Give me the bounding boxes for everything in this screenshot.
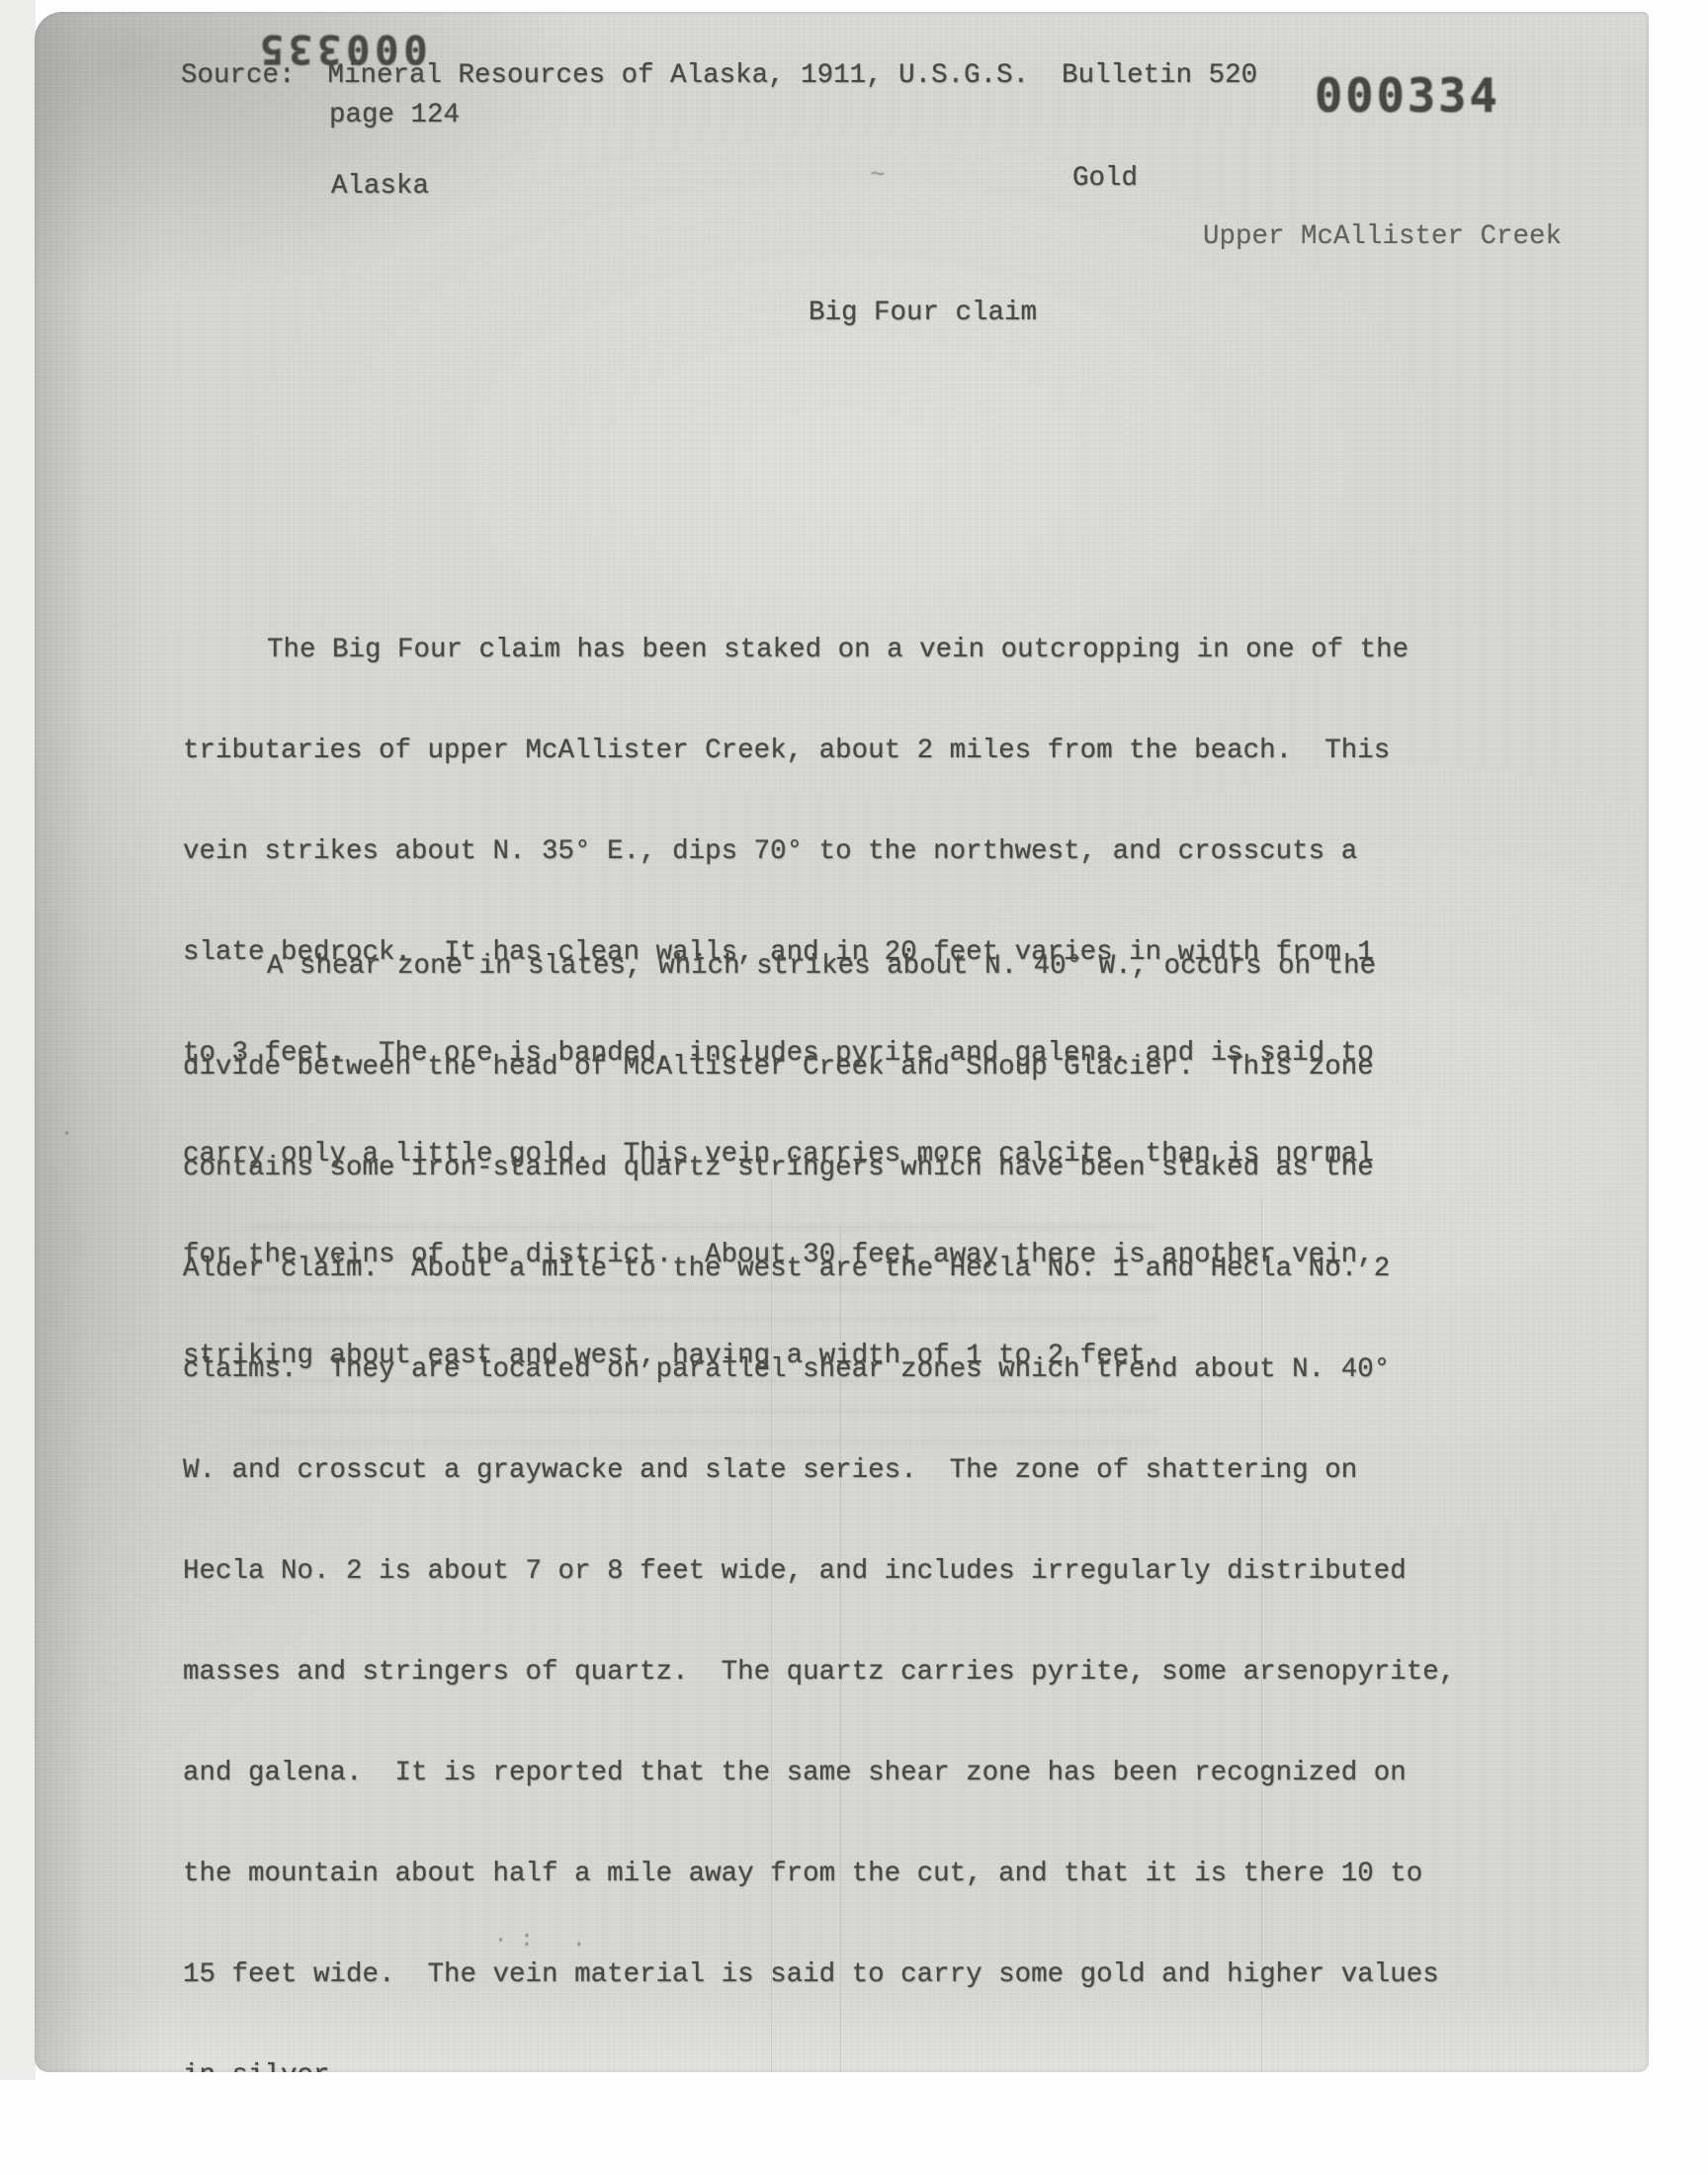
paper-sheet: 000335 000334 Source: Mineral Resources …: [35, 12, 1649, 2072]
scanned-document-page: 000335 000334 Source: Mineral Resources …: [0, 0, 1708, 2175]
source-citation: Source: Mineral Resources of Alaska, 191…: [181, 59, 1257, 93]
text-line: contains some iron-stained quartz string…: [183, 1152, 1455, 1185]
control-number-stamp: 000334: [1315, 69, 1500, 124]
claim-title: Big Four claim: [809, 297, 1037, 330]
text-line: the mountain about half a mile away from…: [183, 1858, 1455, 1891]
text-line: masses and stringers of quartz. The quar…: [183, 1656, 1455, 1690]
location-heading: Upper McAllister Creek: [1203, 220, 1562, 254]
stray-ink-specks: · : .: [494, 1928, 585, 1953]
scan-margin-strip: [0, 0, 36, 2080]
text-line: claims. They are located on parallel she…: [183, 1353, 1455, 1387]
commodity-heading: Gold: [1072, 162, 1138, 196]
pencil-tick-mark: ~: [870, 160, 886, 190]
text-line: A shear zone in slates, which strikes ab…: [183, 950, 1455, 984]
text-line: W. and crosscut a graywacke and slate se…: [183, 1454, 1455, 1488]
paragraph-2: A shear zone in slates, which strikes ab…: [183, 883, 1455, 2072]
text-line: Hecla No. 2 is about 7 or 8 feet wide, a…: [183, 1555, 1455, 1589]
text-line: and galena. It is reported that the same…: [183, 1757, 1455, 1790]
text-line: Alder claim. About a mile to the west ar…: [183, 1253, 1455, 1286]
text-line: in silver.: [183, 2059, 1455, 2072]
region-heading: Alaska: [331, 170, 429, 204]
text-line: vein strikes about N. 35° E., dips 70° t…: [183, 835, 1409, 869]
text-line: divide between the head of McAllister Cr…: [183, 1051, 1455, 1085]
margin-speck: ·: [60, 1121, 73, 1146]
text-line: 15 feet wide. The vein material is said …: [183, 1958, 1455, 1992]
text-line: The Big Four claim has been staked on a …: [183, 634, 1409, 667]
page-reference: page 124: [329, 99, 460, 132]
text-line: tributaries of upper McAllister Creek, a…: [183, 735, 1409, 768]
